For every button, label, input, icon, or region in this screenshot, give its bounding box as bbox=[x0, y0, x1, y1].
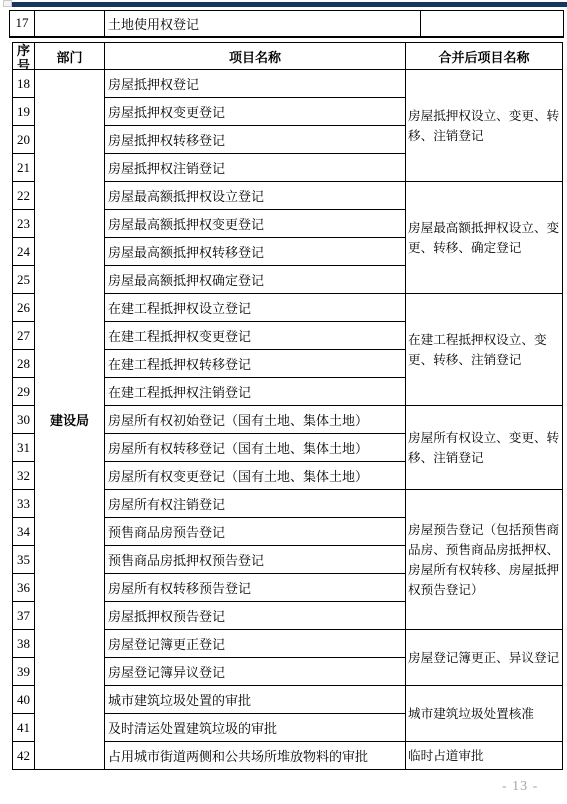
row-number-cell: 17 bbox=[10, 11, 35, 37]
page-top-rule bbox=[12, 2, 567, 7]
row-number-cell: 41 bbox=[13, 714, 35, 742]
merged-name-cell: 房屋预告登记（包括预售商品房、预售商品房抵押权、房屋所有权转移、房屋抵押权预告登… bbox=[406, 490, 563, 630]
header-no: 序号 bbox=[13, 43, 35, 70]
row-number-cell: 42 bbox=[13, 742, 35, 770]
row-number-cell: 27 bbox=[13, 322, 35, 350]
header-item-name: 项目名称 bbox=[105, 43, 406, 70]
item-name-cell: 在建工程抵押权转移登记 bbox=[105, 350, 406, 378]
row-number-cell: 40 bbox=[13, 686, 35, 714]
page-number: - 13 - bbox=[502, 779, 538, 795]
item-name-cell: 房屋抵押权登记 bbox=[105, 70, 406, 98]
table-header-row: 序号 部门 项目名称 合并后项目名称 bbox=[13, 43, 563, 70]
merged-name-cell bbox=[421, 11, 564, 37]
row-number-cell: 33 bbox=[13, 490, 35, 518]
merged-name-cell: 房屋所有权设立、变更、转移、注销登记 bbox=[406, 406, 563, 490]
table-row: 17 土地使用权登记 bbox=[10, 11, 564, 37]
row-number-cell: 34 bbox=[13, 518, 35, 546]
row-number-cell: 37 bbox=[13, 602, 35, 630]
row-number-cell: 18 bbox=[13, 70, 35, 98]
item-name-cell: 房屋抵押权变更登记 bbox=[105, 98, 406, 126]
row-number-cell: 28 bbox=[13, 350, 35, 378]
table-row: 18建设局房屋抵押权登记房屋抵押权设立、变更、转移、注销登记 bbox=[13, 70, 563, 98]
merged-name-cell: 房屋最高额抵押权设立、变更、转移、确定登记 bbox=[406, 182, 563, 294]
row-number-cell: 20 bbox=[13, 126, 35, 154]
item-name-cell: 在建工程抵押权变更登记 bbox=[105, 322, 406, 350]
item-name-cell: 房屋所有权变更登记（国有土地、集体土地） bbox=[105, 462, 406, 490]
row-number-cell: 26 bbox=[13, 294, 35, 322]
header-merged-name: 合并后项目名称 bbox=[406, 43, 563, 70]
row-number-cell: 21 bbox=[13, 154, 35, 182]
header-no-label: 序号 bbox=[16, 43, 31, 69]
item-name-cell: 房屋最高额抵押权确定登记 bbox=[105, 266, 406, 294]
item-name-cell: 土地使用权登记 bbox=[105, 11, 421, 37]
row-number-cell: 25 bbox=[13, 266, 35, 294]
merged-name-cell: 城市建筑垃圾处置核准 bbox=[406, 686, 563, 742]
approval-items-table: 序号 部门 项目名称 合并后项目名称 18建设局房屋抵押权登记房屋抵押权设立、变… bbox=[12, 42, 563, 770]
item-name-cell: 在建工程抵押权设立登记 bbox=[105, 294, 406, 322]
item-name-cell: 房屋所有权注销登记 bbox=[105, 490, 406, 518]
row-number-cell: 30 bbox=[13, 406, 35, 434]
item-name-cell: 预售商品房预告登记 bbox=[105, 518, 406, 546]
merged-name-cell: 临时占道审批 bbox=[406, 742, 563, 770]
row-number-cell: 19 bbox=[13, 98, 35, 126]
item-name-cell: 房屋抵押权转移登记 bbox=[105, 126, 406, 154]
row-number-cell: 36 bbox=[13, 574, 35, 602]
window-corner-tab bbox=[3, 0, 12, 7]
header-department: 部门 bbox=[35, 43, 105, 70]
row-number-cell: 23 bbox=[13, 210, 35, 238]
row-number-cell: 38 bbox=[13, 630, 35, 658]
merged-name-cell: 房屋抵押权设立、变更、转移、注销登记 bbox=[406, 70, 563, 182]
item-name-cell: 房屋抵押权预告登记 bbox=[105, 602, 406, 630]
carryover-table: 17 土地使用权登记 bbox=[9, 10, 564, 38]
document-page: { "decor": { "top_bar_color": "#17365d",… bbox=[0, 0, 567, 804]
row-number-cell: 29 bbox=[13, 378, 35, 406]
item-name-cell: 房屋所有权初始登记（国有土地、集体土地） bbox=[105, 406, 406, 434]
item-name-cell: 在建工程抵押权注销登记 bbox=[105, 378, 406, 406]
department-cell: 建设局 bbox=[35, 70, 105, 770]
item-name-cell: 房屋最高额抵押权变更登记 bbox=[105, 210, 406, 238]
row-number-cell: 31 bbox=[13, 434, 35, 462]
item-name-cell: 及时清运处置建筑垃圾的审批 bbox=[105, 714, 406, 742]
item-name-cell: 房屋登记簿异议登记 bbox=[105, 658, 406, 686]
department-cell bbox=[35, 11, 105, 37]
row-number-cell: 39 bbox=[13, 658, 35, 686]
merged-name-cell: 在建工程抵押权设立、变更、转移、注销登记 bbox=[406, 294, 563, 406]
item-name-cell: 房屋最高额抵押权转移登记 bbox=[105, 238, 406, 266]
row-number-cell: 32 bbox=[13, 462, 35, 490]
item-name-cell: 占用城市街道两侧和公共场所堆放物料的审批 bbox=[105, 742, 406, 770]
row-number-cell: 35 bbox=[13, 546, 35, 574]
item-name-cell: 房屋所有权转移登记（国有土地、集体土地） bbox=[105, 434, 406, 462]
item-name-cell: 房屋所有权转移预告登记 bbox=[105, 574, 406, 602]
item-name-cell: 预售商品房抵押权预告登记 bbox=[105, 546, 406, 574]
row-number-cell: 22 bbox=[13, 182, 35, 210]
merged-name-cell: 房屋登记簿更正、异议登记 bbox=[406, 630, 563, 686]
item-name-cell: 房屋登记簿更正登记 bbox=[105, 630, 406, 658]
item-name-cell: 房屋抵押权注销登记 bbox=[105, 154, 406, 182]
row-number-cell: 24 bbox=[13, 238, 35, 266]
item-name-cell: 房屋最高额抵押权设立登记 bbox=[105, 182, 406, 210]
item-name-cell: 城市建筑垃圾处置的审批 bbox=[105, 686, 406, 714]
